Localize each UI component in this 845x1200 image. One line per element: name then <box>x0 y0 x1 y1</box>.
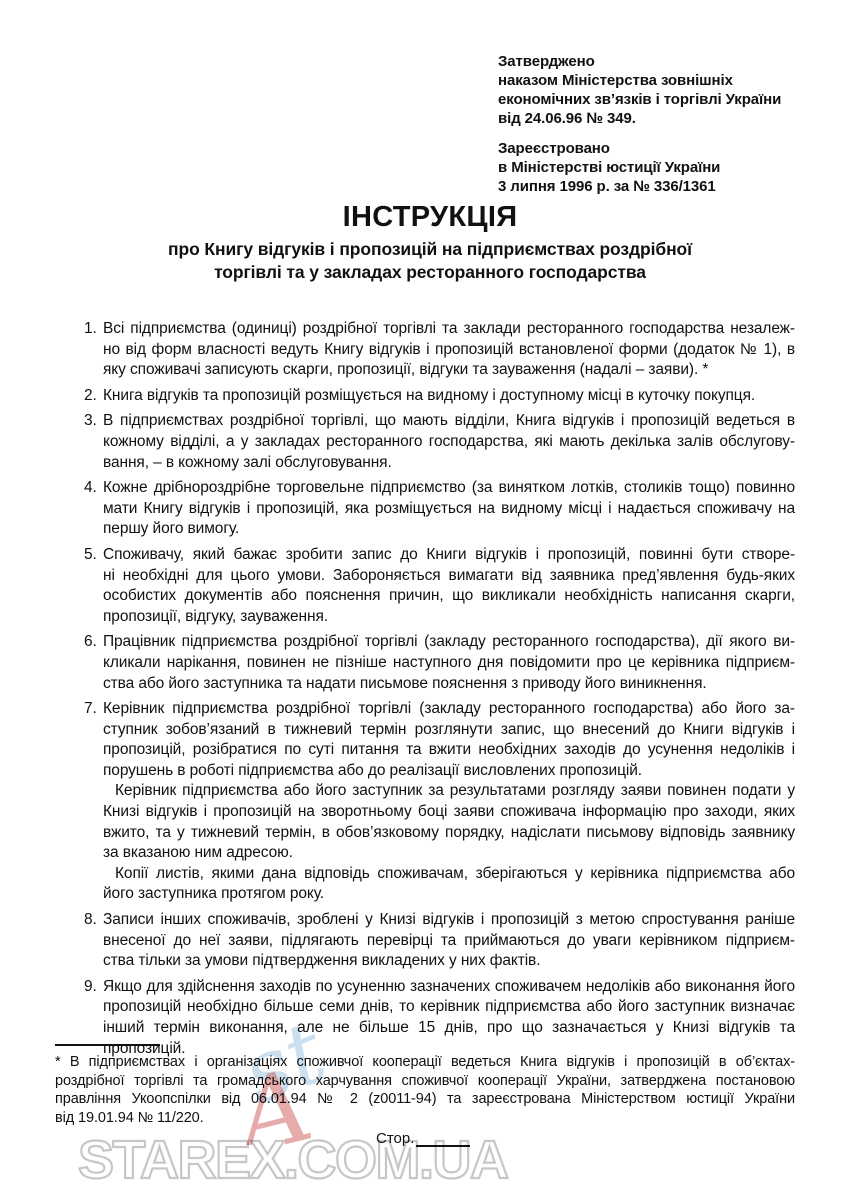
paragraph-line: Книга відгуків та пропозицій розміщуєтьс… <box>103 386 795 407</box>
paragraph-line: ні необхідні для цього умови. Забороняєт… <box>103 566 795 587</box>
document-page: Затверджено наказом Міністерства зовнішн… <box>0 0 845 1200</box>
paragraph-number: 7. <box>84 699 103 781</box>
paragraph-9: 9. Якщо для здійснення заходів по усунен… <box>84 977 795 1059</box>
subtitle-line: про Книгу відгуків і пропозицій на підпр… <box>60 238 800 261</box>
paragraph-7-continuation-2: Копії листів, якими дана відповідь спожи… <box>84 864 795 905</box>
page-number-blank <box>416 1130 470 1147</box>
paragraph-line: Записи інших споживачів, зроблені у Книз… <box>103 910 795 931</box>
paragraph-number: 2. <box>84 386 103 407</box>
paragraph-line: порушень в роботі підприємства або до ре… <box>103 761 795 782</box>
paragraph-line: внесеної до неї заяви, підлягають переві… <box>103 931 795 952</box>
paragraph-line: пропозицій, розібратися по суті питання … <box>103 740 795 761</box>
paragraph-line: пропозицій необхідно більше семи днів, т… <box>103 997 795 1018</box>
approval-block: Затверджено наказом Міністерства зовнішн… <box>498 52 781 196</box>
paragraph-line: за вказаною ним адресою. <box>103 843 795 864</box>
paragraph-line: особистих документів або пояснення причи… <box>103 586 795 607</box>
paragraph-line: мати Книгу відгуків і пропозицій, яка ро… <box>103 499 795 520</box>
subtitle-line: торгівлі та у закладах ресторанного госп… <box>60 261 800 284</box>
paragraph-line: його заступника протягом року. <box>103 884 795 905</box>
approved-line: наказом Міністерства зовнішніх <box>498 71 781 90</box>
paragraph-line: Працівник підприємства роздрібної торгів… <box>103 632 795 653</box>
paragraph-7-continuation: Керівник підприємства або його заступник… <box>84 781 795 863</box>
registered-line: Зареєстровано <box>498 139 781 158</box>
footnote-line: * В підприємствах і організаціях споживч… <box>55 1053 795 1072</box>
paragraph-number: 4. <box>84 478 103 540</box>
paragraph-line: В підприємствах роздрібної торгівлі, що … <box>103 411 795 432</box>
paragraph-line: Керівник підприємства або його заступник… <box>103 781 795 802</box>
footnote-line: від 19.01.94 № 11/220. <box>55 1109 795 1128</box>
paragraph-number: 1. <box>84 319 103 381</box>
paragraph-line: Керівник підприємства роздрібної торгівл… <box>103 699 795 720</box>
footnote-line: роздрібної торгівлі та громадського харч… <box>55 1072 795 1091</box>
footnote: * В підприємствах і організаціях споживч… <box>55 1053 795 1127</box>
page-number-label: Стор. <box>376 1130 414 1147</box>
paragraph-line: Всі підприємства (одиниці) роздрібної то… <box>103 319 795 340</box>
paragraph-line: ства або його заступника та надати письм… <box>103 674 795 695</box>
title-block: ІНСТРУКЦІЯ про Книгу відгуків і пропозиц… <box>60 201 800 284</box>
page-title: ІНСТРУКЦІЯ <box>60 201 800 233</box>
footnote-separator <box>55 1044 160 1046</box>
paragraph-number: 5. <box>84 545 103 627</box>
paragraph-line: кожному відділі, а у закладах ресторанно… <box>103 432 795 453</box>
registered-line: в Міністерстві юстиції України <box>498 158 781 177</box>
paragraph-line: першу його вимогу. <box>103 519 795 540</box>
paragraph-line: вання, – в кожному залі обслуговування. <box>103 453 795 474</box>
paragraph-2: 2. Книга відгуків та пропозицій розміщує… <box>84 386 795 407</box>
paragraph-4: 4. Кожне дрібнороздрібне торговельне під… <box>84 478 795 540</box>
paragraph-line: Споживачу, який бажає зробити запис до К… <box>103 545 795 566</box>
paragraph-5: 5. Споживачу, який бажає зробити запис д… <box>84 545 795 627</box>
paragraph-line: Копії листів, якими дана відповідь спожи… <box>103 864 795 885</box>
approved-group: Затверджено наказом Міністерства зовнішн… <box>498 52 781 128</box>
approved-line: Затверджено <box>498 52 781 71</box>
paragraph-1: 1. Всі підприємства (одиниці) роздрібної… <box>84 319 795 381</box>
footnote-line: правління Укоопспілки від 06.01.94 № 2 (… <box>55 1090 795 1109</box>
paragraph-number: 9. <box>84 977 103 1059</box>
approved-line: економічних зв’язків і торгівлі України <box>498 90 781 109</box>
paragraph-line: кликали нарікання, повинен не пізніше на… <box>103 653 795 674</box>
paragraph-8: 8. Записи інших споживачів, зроблені у К… <box>84 910 795 972</box>
registered-line: 3 липня 1996 р. за № 336/1361 <box>498 177 781 196</box>
paragraph-6: 6. Працівник підприємства роздрібної тор… <box>84 632 795 694</box>
document-body: 1. Всі підприємства (одиниці) роздрібної… <box>84 319 795 1064</box>
paragraph-3: 3. В підприємствах роздрібної торгівлі, … <box>84 411 795 473</box>
registered-group: Зареєстровано в Міністерстві юстиції Укр… <box>498 139 781 196</box>
paragraph-line: пропозиції, відгуку, зауваження. <box>103 607 795 628</box>
paragraph-line: вжито, та у тижневий термін, в обов’язко… <box>103 823 795 844</box>
paragraph-line: яку споживачі записують скарги, пропозиц… <box>103 360 795 381</box>
paragraph-line: Якщо для здійснення заходів по усуненню … <box>103 977 795 998</box>
paragraph-7: 7. Керівник підприємства роздрібної торг… <box>84 699 795 781</box>
paragraph-line: но від форм власності ведуть Книгу відгу… <box>103 340 795 361</box>
paragraph-number <box>84 864 103 905</box>
paragraph-line: Кожне дрібнороздрібне торговельне підпри… <box>103 478 795 499</box>
page-number-row: Стор. <box>376 1130 470 1147</box>
paragraph-line: Книзі відгуків і пропозицій на зворотньо… <box>103 802 795 823</box>
page-subtitle: про Книгу відгуків і пропозицій на підпр… <box>60 238 800 284</box>
paragraph-line: ступник зобов’язаний в тижневий термін р… <box>103 720 795 741</box>
paragraph-line: ства тільки за умови підтвердження викла… <box>103 951 795 972</box>
paragraph-number: 3. <box>84 411 103 473</box>
approved-line: від 24.06.96 № 349. <box>498 109 781 128</box>
paragraph-number: 6. <box>84 632 103 694</box>
paragraph-number <box>84 781 103 863</box>
paragraph-number: 8. <box>84 910 103 972</box>
